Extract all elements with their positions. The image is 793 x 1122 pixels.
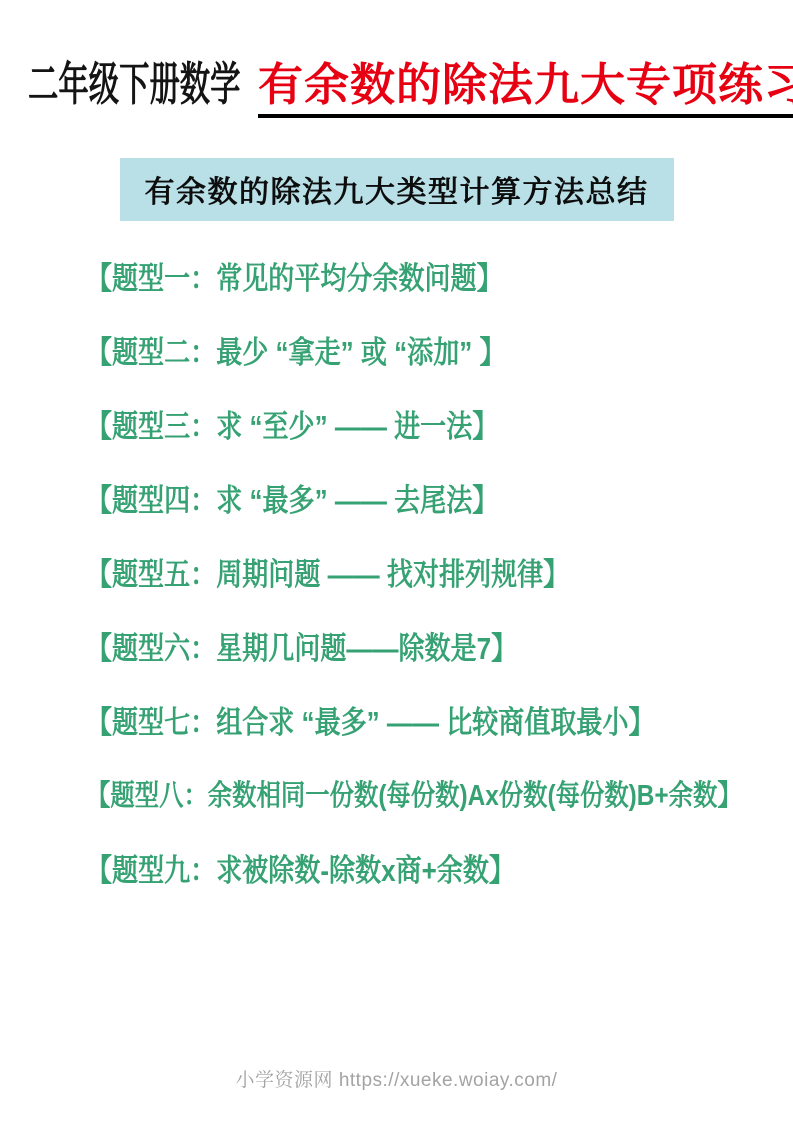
type-list: 【题型一：常见的平均分余数问题】 【题型二：最少 “拿走” 或 “添加” 】 【…	[86, 261, 793, 888]
list-item-8: 【题型八：余数相同一份数(每份数)Ax份数(每份数)B+余数】	[86, 779, 680, 814]
list-item-7: 【题型七：组合求 “最多” —— 比较商值取最小】	[86, 705, 680, 740]
section-banner: 有余数的除法九大类型计算方法总结	[120, 158, 674, 221]
list-item-6: 【题型六：星期几问题——除数是7】	[86, 631, 680, 666]
page-title: 二年级下册数学有余数的除法九大专项练习	[28, 58, 793, 118]
list-item-1: 【题型一：常见的平均分余数问题】	[86, 261, 680, 296]
title-prefix: 二年级下册数学	[28, 58, 241, 111]
title-highlight: 有余数的除法九大专项练习	[258, 59, 793, 118]
worksheet-page: 二年级下册数学有余数的除法九大专项练习 有余数的除法九大类型计算方法总结 【题型…	[0, 0, 793, 1122]
list-item-4: 【题型四：求 “最多” —— 去尾法】	[86, 483, 680, 518]
list-item-3: 【题型三：求 “至少” —— 进一法】	[86, 409, 680, 444]
list-item-9: 【题型九：求被除数-除数x商+余数】	[86, 853, 680, 888]
list-item-5: 【题型五：周期问题 —— 找对排列规律】	[86, 557, 680, 592]
footer-credit: 小学资源网 https://xueke.woiay.com/	[0, 1065, 793, 1092]
list-item-2: 【题型二：最少 “拿走” 或 “添加” 】	[86, 335, 680, 370]
